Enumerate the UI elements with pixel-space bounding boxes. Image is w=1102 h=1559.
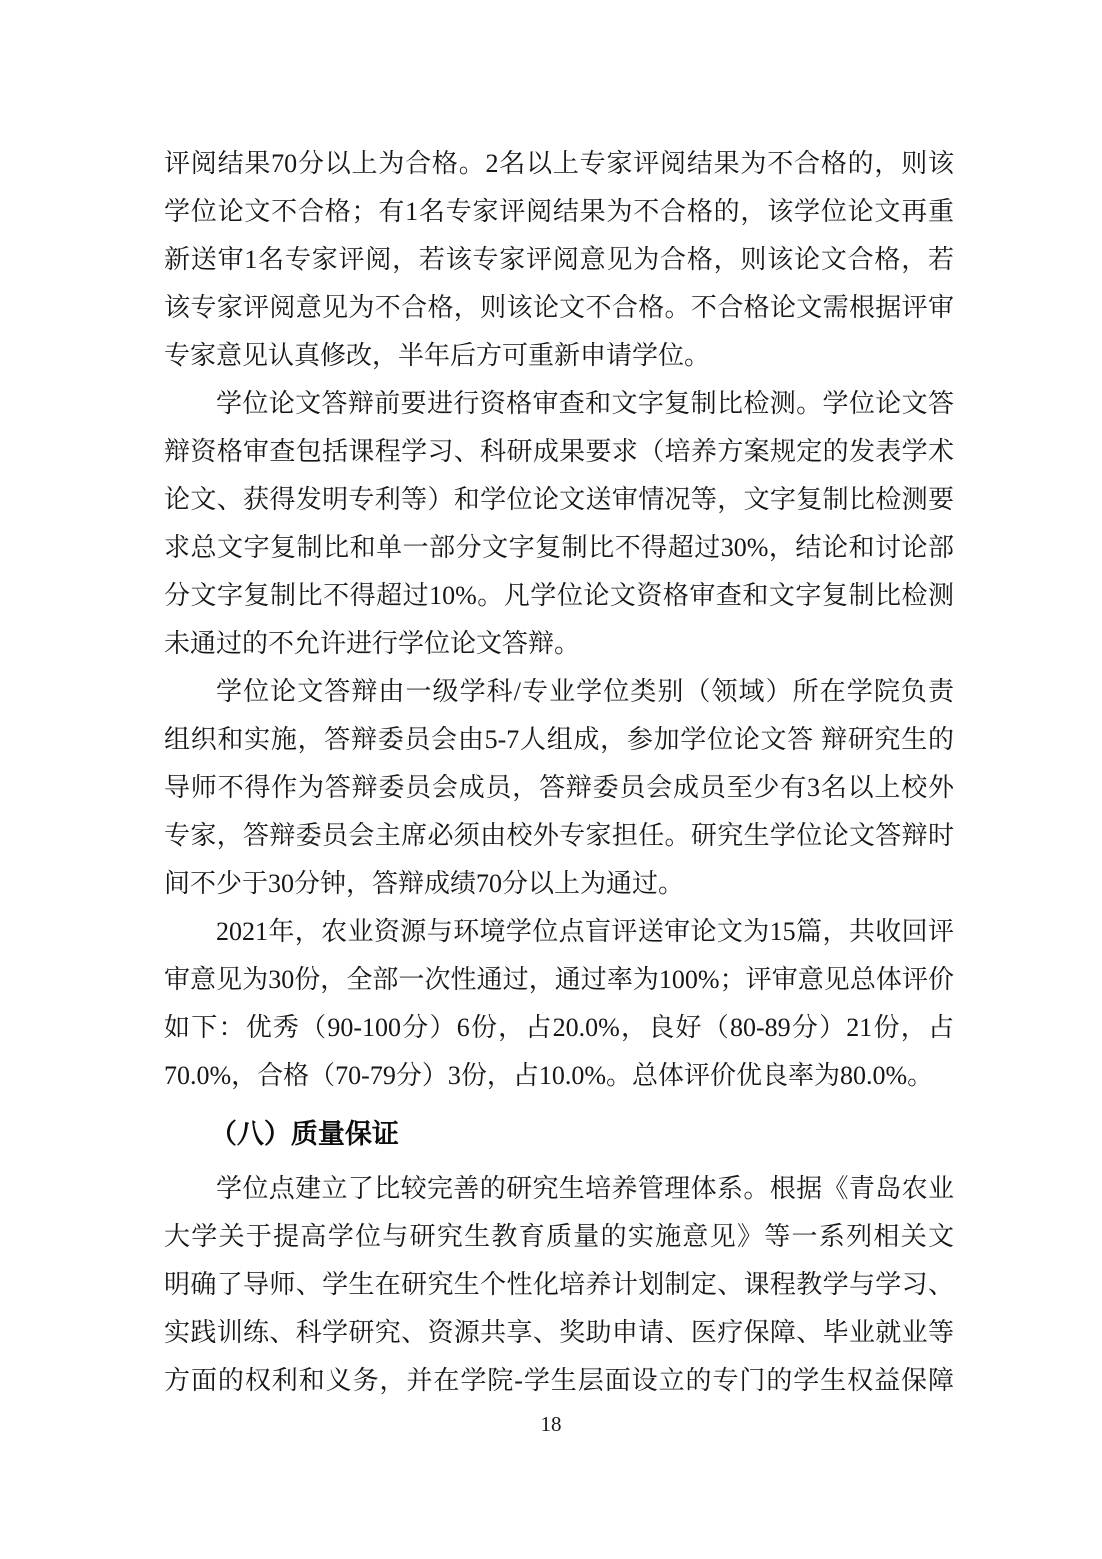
text-line: 新送审1名专家评阅，若该专家评阅意见为合格，则该论文合格，若 (164, 236, 954, 284)
text-line: 评阅结果70分以上为合格。2名以上专家评阅结果为不合格的，则该 (164, 140, 954, 188)
text-line: 大学关于提高学位与研究生教育质量的实施意见》等一系列相关文件， (164, 1213, 954, 1261)
text-line: 求总文字复制比和单一部分文字复制比不得超过30%，结论和讨论部 (164, 524, 954, 572)
text-line: 实践训练、科学研究、资源共享、奖助申请、医疗保障、毕业就业等 (164, 1309, 954, 1357)
text-line: 分文字复制比不得超过10%。凡学位论文资格审查和文字复制比检测 (164, 572, 954, 620)
text-line: 间不少于30分钟，答辩成绩70分以上为通过。 (164, 860, 954, 908)
text-line: 学位点建立了比较完善的研究生培养管理体系。根据《青岛农业 (164, 1165, 954, 1213)
page-number: 18 (0, 1412, 1102, 1437)
paragraph: 评阅结果70分以上为合格。2名以上专家评阅结果为不合格的，则该学位论文不合格；有… (164, 140, 954, 380)
text-line: 该专家评阅意见为不合格，则该论文不合格。不合格论文需根据评审 (164, 284, 954, 332)
document-page: 评阅结果70分以上为合格。2名以上专家评阅结果为不合格的，则该学位论文不合格；有… (0, 0, 1102, 1559)
text-line: 2021年，农业资源与环境学位点盲评送审论文为15篇，共收回评 (164, 908, 954, 956)
text-line: 学位论文答辩前要进行资格审查和文字复制比检测。学位论文答 (164, 380, 954, 428)
paragraph: 学位点建立了比较完善的研究生培养管理体系。根据《青岛农业大学关于提高学位与研究生… (164, 1165, 954, 1405)
text-line: 论文、获得发明专利等）和学位论文送审情况等，文字复制比检测要 (164, 476, 954, 524)
text-line: 未通过的不允许进行学位论文答辩。 (164, 620, 954, 668)
paragraph: 学位论文答辩由一级学科/专业学位类别（领域）所在学院负责组织和实施，答辩委员会由… (164, 668, 954, 908)
paragraph: 2021年，农业资源与环境学位点盲评送审论文为15篇，共收回评审意见为30份，全… (164, 908, 954, 1100)
text-line: 明确了导师、学生在研究生个性化培养计划制定、课程教学与学习、 (164, 1261, 954, 1309)
text-line: 组织和实施，答辩委员会由5-7人组成，参加学位论文答 辩研究生的 (164, 716, 954, 764)
text-line: 方面的权利和义务，并在学院-学生层面设立的专门的学生权益保障 (164, 1357, 954, 1405)
paragraph: 学位论文答辩前要进行资格审查和文字复制比检测。学位论文答辩资格审查包括课程学习、… (164, 380, 954, 668)
text-line: 审意见为30份，全部一次性通过，通过率为100%；评审意见总体评价 (164, 956, 954, 1004)
section-heading: （八）质量保证 (164, 1110, 954, 1158)
text-line: 专家，答辩委员会主席必须由校外专家担任。研究生学位论文答辩时 (164, 812, 954, 860)
text-line: 70.0%，合格（70-79分）3份，占10.0%。总体评价优良率为80.0%。 (164, 1052, 954, 1100)
text-line: 学位论文不合格；有1名专家评阅结果为不合格的，该学位论文再重 (164, 188, 954, 236)
text-line: 如下：优秀（90-100分）6份，占20.0%，良好（80-89分）21份，占 (164, 1004, 954, 1052)
text-line: 专家意见认真修改，半年后方可重新申请学位。 (164, 332, 954, 380)
text-line: 辩资格审查包括课程学习、科研成果要求（培养方案规定的发表学术 (164, 428, 954, 476)
text-line: 导师不得作为答辩委员会成员，答辩委员会成员至少有3名以上校外 (164, 764, 954, 812)
document-body: 评阅结果70分以上为合格。2名以上专家评阅结果为不合格的，则该学位论文不合格；有… (164, 140, 954, 1405)
text-line: 学位论文答辩由一级学科/专业学位类别（领域）所在学院负责 (164, 668, 954, 716)
